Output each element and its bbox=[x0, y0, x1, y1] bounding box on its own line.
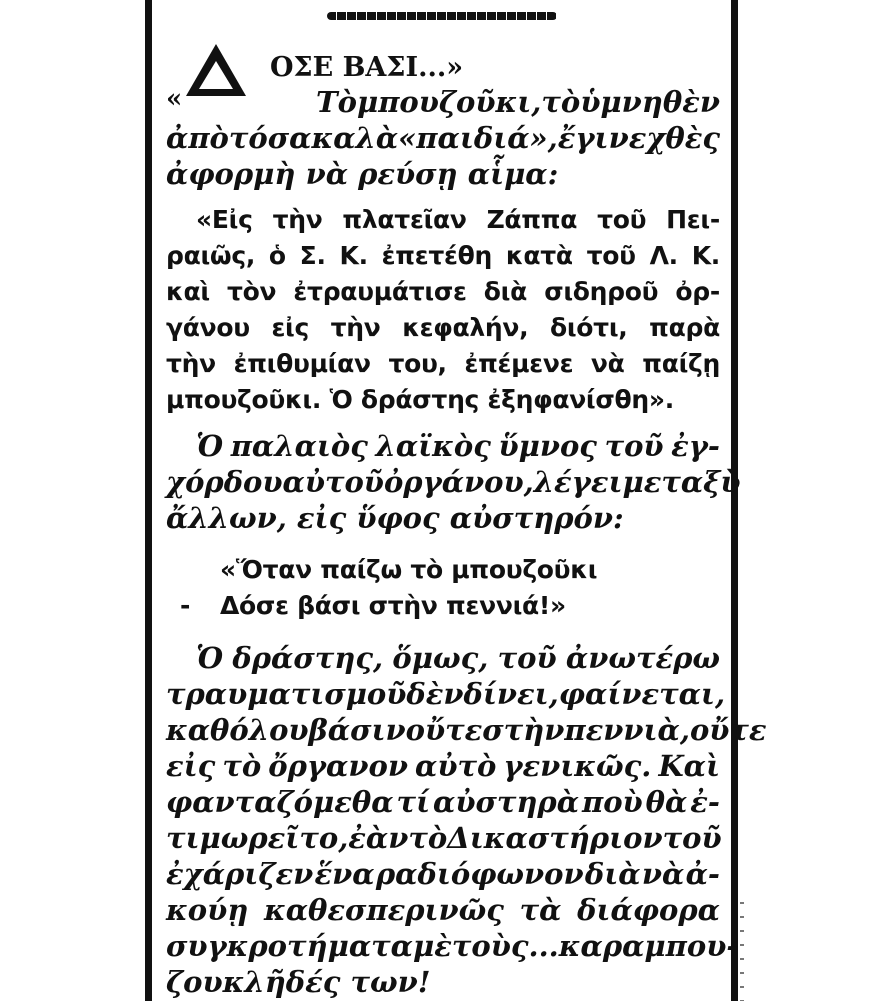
text-line: ἀπὸτόσακαλὰ«παιδιά»,ἔγινεχθὲς bbox=[166, 120, 720, 156]
opening-quote: « bbox=[166, 84, 182, 114]
news-quote-block: «ΕἰςτὴνπλατεῖανΖάππατοῦΠει- ραιῶς,ὁΣ.Κ.ἐ… bbox=[166, 202, 720, 418]
newspaper-article: ΟΣΕ ΒΑΣΙ...» « Τὸμπουζοῦκι,τὸὑμνηθὲν ἀπὸ… bbox=[166, 48, 720, 1000]
text-line: χόρδουαὐτοῦὀργάνου,λέγειμεταξὺ bbox=[166, 464, 720, 500]
text-line: καθόλουβάσινοὔτεστὴνπεννιὰ,οὔτε bbox=[166, 712, 720, 748]
text-line: ἀφορμὴ νὰ ρεύσῃ αἷμα: bbox=[166, 156, 720, 192]
verse-text: Δόσε βάσι στὴν πεννιά!» bbox=[220, 588, 566, 624]
text-line: τὴνἐπιθυμίαντου,ἐπέμενενὰπαίζῃ bbox=[166, 346, 720, 382]
paragraph-1: « Τὸμπουζοῦκι,τὸὑμνηθὲν ἀπὸτόσακαλὰ«παιδ… bbox=[166, 84, 720, 192]
paragraph-2: Ὁπαλαιὸςλαϊκὸςὕμνοςτοῦἐγ- χόρδουαὐτοῦὀργ… bbox=[166, 428, 720, 536]
column-border-right bbox=[731, 0, 738, 1001]
paragraph-3: Ὁδράστης,ὅμως,τοῦἀνωτέρω τραυματισμοῦδὲν… bbox=[166, 640, 720, 1000]
verse-line-2: - Δόσε βάσι στὴν πεννιά!» bbox=[166, 588, 720, 624]
text-line: εἰςτὸὄργανοναὐτὸγενικῶς.Καὶ bbox=[166, 748, 720, 784]
text-line: «ΕἰςτὴνπλατεῖανΖάππατοῦΠει- bbox=[166, 202, 720, 238]
verse-line: «Ὅταν παίζω τὸ μπουζοῦκι bbox=[166, 552, 720, 588]
headline-title: ΟΣΕ ΒΑΣΙ...» bbox=[270, 52, 463, 83]
text-line: φανταζόμεθατίαὐστηρὰποὺθὰἐ- bbox=[166, 784, 720, 820]
text-line: Τὸμπουζοῦκι,τὸὑμνηθὲν bbox=[316, 84, 720, 120]
verse-dash: - bbox=[180, 588, 190, 624]
text-line: Ὁδράστης,ὅμως,τοῦἀνωτέρω bbox=[166, 640, 720, 676]
text-line: ζουκλῆδές των! bbox=[166, 964, 720, 1000]
text-line: ἄλλων, εἰς ὕφος αὐστηρόν: bbox=[166, 500, 720, 536]
text-line: συγκροτήματαμὲτοὺς...καραμπου- bbox=[166, 928, 720, 964]
text-line: κούῃκαθεσπερινῶςτὰδιάφορα bbox=[166, 892, 720, 928]
column-border-left bbox=[145, 0, 152, 1001]
text-line: ραιῶς,ὁΣ.Κ.ἐπετέθηκατὰτοῦΛ.Κ. bbox=[166, 238, 720, 274]
text-line: ἐχάριζενἕναραδιόφωνονδιὰνὰἀ- bbox=[166, 856, 720, 892]
text-line: καὶτὸνἐτραυμάτισεδιὰσιδηροῦὀρ- bbox=[166, 274, 720, 310]
text-line: γάνουεἰςτὴνκεφαλήν,διότι,παρὰ bbox=[166, 310, 720, 346]
text-line: μπουζοῦκι. Ὁ δράστης ἐξηφανίσθη». bbox=[166, 382, 720, 418]
headline: ΟΣΕ ΒΑΣΙ...» bbox=[166, 48, 720, 84]
decorative-dotted-rule bbox=[327, 12, 557, 20]
verse-block: «Ὅταν παίζω τὸ μπουζοῦκι - Δόσε βάσι στὴ… bbox=[166, 552, 720, 624]
print-specks bbox=[740, 890, 744, 1001]
text-line: Ὁπαλαιὸςλαϊκὸςὕμνοςτοῦἐγ- bbox=[166, 428, 720, 464]
text-line: τραυματισμοῦδὲνδίνει,φαίνεται, bbox=[166, 676, 720, 712]
text-line: τιμωρεῖτο,ἐὰντὸΔικαστήριοντοῦ bbox=[166, 820, 720, 856]
